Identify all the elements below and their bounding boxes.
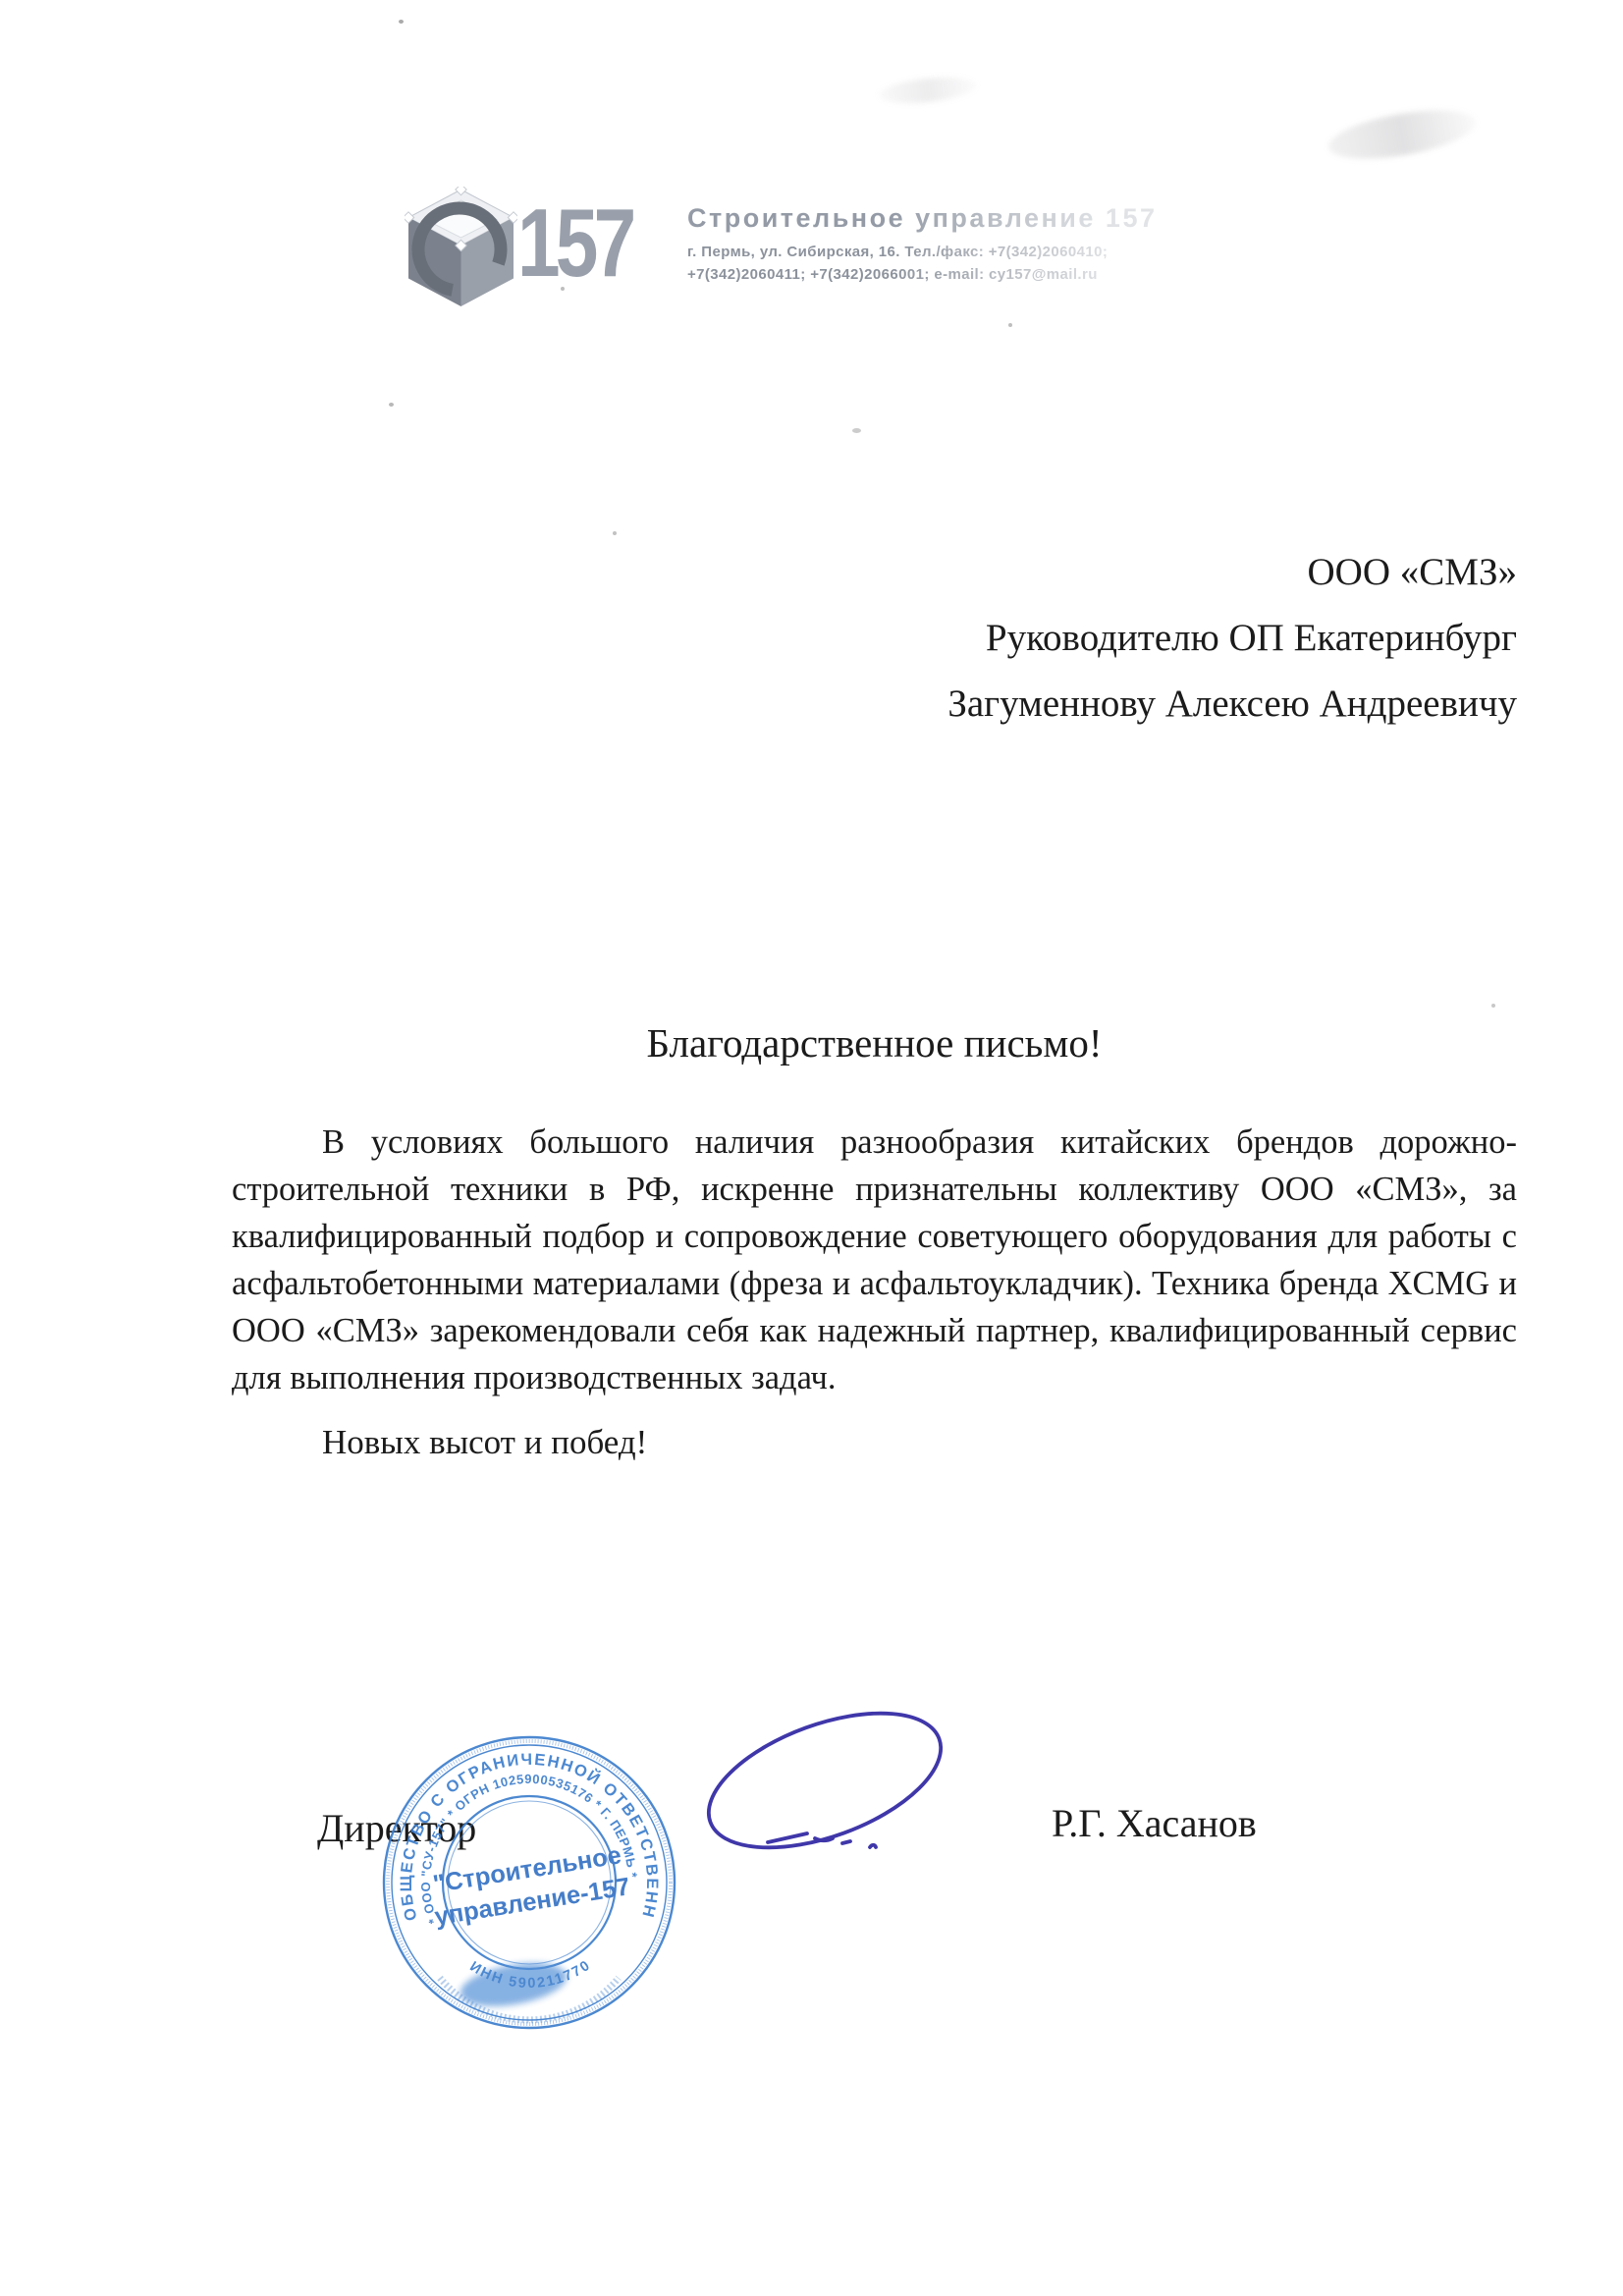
letter-body-paragraph: В условиях большого наличия разнообразия… [232,1119,1517,1401]
company-logo-cube-icon [405,187,517,312]
scan-speck [613,531,617,535]
director-signature [677,1702,1001,1898]
letter-closing: Новых высот и побед! [322,1423,647,1462]
company-address-line1: г. Пермь, ул. Сибирская, 16. Тел./факс: … [687,241,1217,263]
recipient-block: ООО «СМЗ» Руководителю ОП Екатеринбург З… [947,539,1517,737]
recipient-line: Руководителю ОП Екатеринбург [947,605,1517,671]
recipient-line: ООО «СМЗ» [947,539,1517,605]
scan-speck [561,287,565,291]
logo-number: 157 [517,197,631,296]
stamp-center-text: "Строительное управление-157 [427,1841,631,1932]
scan-speck [1491,1004,1495,1008]
letter-title: Благодарственное письмо! [232,1019,1517,1066]
letterhead: 157 Строительное управление 157 г. Пермь… [0,0,1623,334]
company-stamp: ОБЩЕСТВО С ОГРАНИЧЕННОЙ ОТВЕТСТВЕННОСТЬЮ… [381,1734,677,2031]
scan-speck [399,20,404,24]
signatory-name: Р.Г. Хасанов [1052,1800,1257,1846]
company-name: Строительное управление 157 [687,203,1217,234]
scan-speck [852,428,861,433]
scan-speck [389,403,394,407]
recipient-line: Загуменнову Алексею Андреевичу [947,671,1517,737]
scan-speck [1008,323,1012,327]
company-address: г. Пермь, ул. Сибирская, 16. Тел./факс: … [687,241,1217,286]
company-address-line2: +7(342)2060411; +7(342)2066001; e-mail: … [687,263,1217,286]
letterhead-text: Строительное управление 157 г. Пермь, ул… [687,203,1217,286]
scanned-letter-page: 157 Строительное управление 157 г. Пермь… [0,0,1623,2296]
